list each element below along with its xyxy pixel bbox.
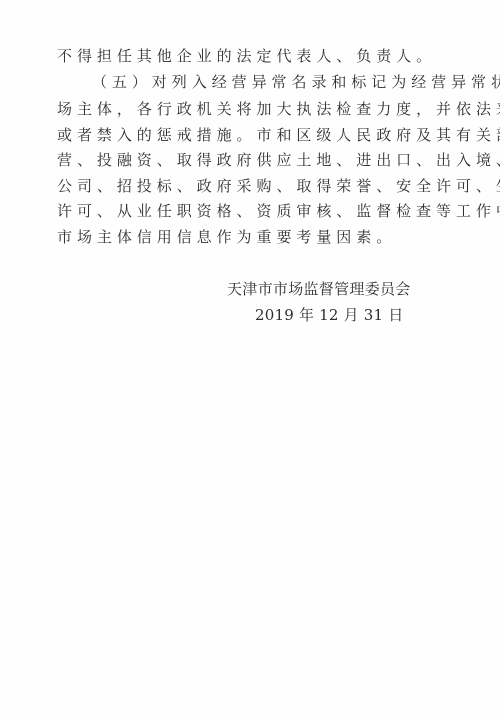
body-line-8: 市场主体信用信息作为重要考量因素。 bbox=[57, 227, 437, 247]
signature-organization: 天津市市场监督管理委员会 bbox=[227, 279, 411, 299]
body-line-5: 营、投融资、取得政府供应土地、进出口、出入境、注册新 bbox=[57, 150, 437, 170]
body-line-4: 或者禁入的惩戒措施。市和区级人民政府及其有关部门在经 bbox=[57, 125, 437, 145]
signature-date: 2019 年 12 月 31 日 bbox=[255, 305, 403, 325]
body-line-7: 许可、从业任职资格、资质审核、监督检查等工作中，亦将 bbox=[57, 201, 437, 221]
body-line-6: 公司、招投标、政府采购、取得荣誉、安全许可、生产经营 bbox=[57, 176, 437, 196]
body-line-2-paragraph-start: （五）对列入经营异常名录和标记为经营异常状态的市 bbox=[92, 72, 437, 92]
document-page: 不得担任其他企业的法定代表人、负责人。 （五）对列入经营异常名录和标记为经营异常… bbox=[0, 0, 500, 715]
body-line-3: 场主体，各行政机关将加大执法检查力度，并依法采取限制 bbox=[57, 99, 437, 119]
body-line-1: 不得担任其他企业的法定代表人、负责人。 bbox=[57, 46, 437, 66]
